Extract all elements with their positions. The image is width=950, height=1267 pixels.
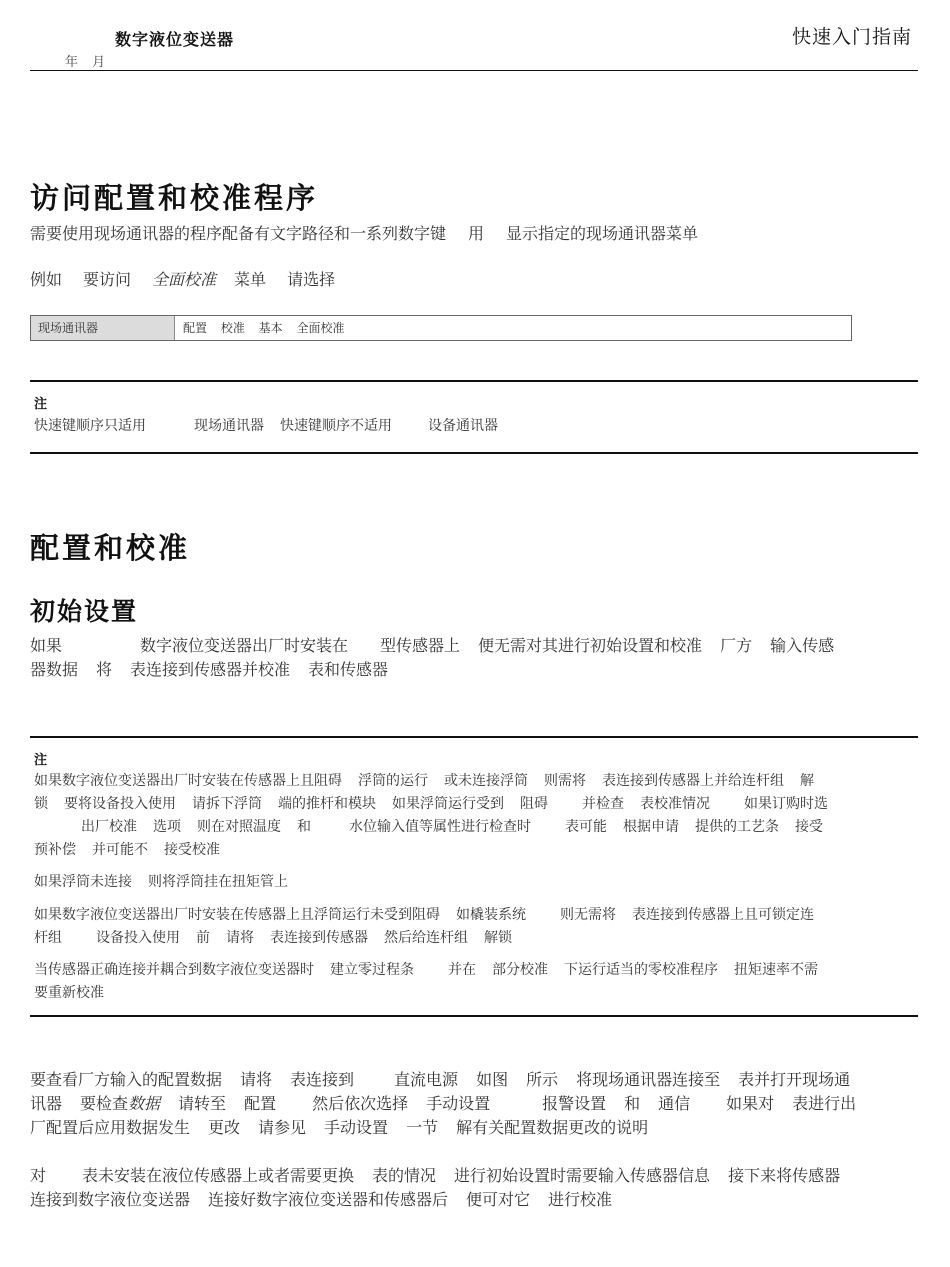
access-intro: 需要使用现场通讯器的程序配备有文字路径和一系列数字键用显示指定的现场通讯器菜单 bbox=[30, 222, 698, 246]
header-product-name: 数字液位变送器 bbox=[115, 27, 234, 50]
text-span: 数字液位变送器出厂时安装在 bbox=[140, 636, 348, 655]
text-span: 解锁 bbox=[484, 930, 512, 946]
access-example: 例如要访问全面校准菜单请选择 bbox=[30, 268, 335, 292]
text-span: 快速键顺序不适用 bbox=[280, 418, 392, 434]
text-span: 输入传感 bbox=[770, 636, 834, 655]
note2-item-3: 如果数字液位变送器出厂时安装在传感器上且浮筒运行未受到阻碍如橇装系统则无需将表连… bbox=[34, 904, 814, 950]
text-span: 建立零过程条 bbox=[330, 962, 414, 978]
note2-label: 注 bbox=[34, 749, 47, 768]
text-span: 部分校准 bbox=[492, 962, 548, 978]
text-span: 表的情况 bbox=[372, 1166, 436, 1185]
header-guide-title: 快速入门指南 bbox=[792, 22, 912, 49]
text-span: 然后给连杆组 bbox=[384, 930, 468, 946]
text-span: 表连接到传感器上并给连杆组 bbox=[602, 773, 784, 789]
text-span: 表连接到传感器并校准 bbox=[130, 660, 290, 679]
text-span: 对 bbox=[30, 1166, 46, 1185]
fast-key-path-table: 现场通讯器 配置 校准 基本 全面校准 bbox=[30, 315, 852, 341]
text-span: 厂方 bbox=[720, 636, 752, 655]
note2-item-4: 当传感器正确连接并耦合到数字液位变送器时建立零过程条并在部分校准下运行适当的零校… bbox=[34, 959, 818, 1005]
text-span: 设备投入使用 bbox=[96, 930, 180, 946]
text-span: 接受校准 bbox=[164, 842, 220, 858]
text-span: 报警设置 bbox=[542, 1094, 606, 1113]
text-span: 表连接到传感器上且可锁定连 bbox=[632, 907, 814, 923]
text-span: 厂配置后应用数据发生 bbox=[30, 1118, 190, 1137]
text-span: 将现场通讯器连接至 bbox=[576, 1070, 720, 1089]
note2-item-1: 如果数字液位变送器出厂时安装在传感器上且阻碍浮筒的运行或未连接浮筒则需将表连接到… bbox=[34, 770, 828, 862]
menu-name-italic: 全面校准 bbox=[152, 270, 216, 289]
text-span: 根据申请 bbox=[623, 819, 679, 835]
text-span: 将 bbox=[96, 660, 112, 679]
text-span: 器数据 bbox=[30, 660, 78, 679]
text-span: 接下来将传感器 bbox=[728, 1166, 840, 1185]
text-span: 讯器 bbox=[30, 1094, 62, 1113]
text-span: 更改 bbox=[208, 1118, 240, 1137]
text-span: 则将浮筒挂在扭矩管上 bbox=[148, 874, 288, 890]
text-span: 要检查 bbox=[80, 1094, 128, 1113]
text-span: 然后依次选择 bbox=[312, 1094, 408, 1113]
text-span: 例如 bbox=[30, 270, 62, 289]
text-span: 型传感器上 bbox=[380, 636, 460, 655]
sensor-replace-para: 对表未安装在液位传感器上或者需要更换表的情况进行初始设置时需要输入传感器信息接下… bbox=[30, 1164, 840, 1212]
text-span: 要查看厂方输入的配置数据 bbox=[30, 1070, 222, 1089]
text-span: 要访问 bbox=[83, 270, 131, 289]
text-span: 如橇装系统 bbox=[456, 907, 526, 923]
text-span: 预补偿 bbox=[34, 842, 76, 858]
data-italic: 数据 bbox=[128, 1094, 160, 1113]
note2-top-rule bbox=[30, 736, 918, 738]
text-span: 请将 bbox=[240, 1070, 272, 1089]
text-span: 便可对它 bbox=[466, 1190, 530, 1209]
text-span: 如果数字液位变送器出厂时安装在传感器上且浮筒运行未受到阻碍 bbox=[34, 907, 440, 923]
text-span: 下运行适当的零校准程序 bbox=[564, 962, 718, 978]
text-span: 表未安装在液位传感器上或者需要更换 bbox=[82, 1166, 354, 1185]
text-span: 阻碍 bbox=[520, 796, 548, 812]
text-span: 选项 bbox=[153, 819, 181, 835]
text-span: 所示 bbox=[526, 1070, 558, 1089]
text-span: 并在 bbox=[448, 962, 476, 978]
text-span: 如果订购时选 bbox=[744, 796, 828, 812]
note-bottom-rule bbox=[30, 452, 918, 454]
text-span: 锁 bbox=[34, 796, 48, 812]
text-span: 浮筒的运行 bbox=[358, 773, 428, 789]
text-span: 进行初始设置时需要输入传感器信息 bbox=[454, 1166, 710, 1185]
text-span: 表连接到传感器 bbox=[270, 930, 368, 946]
text-span: 或未连接浮筒 bbox=[444, 773, 528, 789]
text-span: 表连接到 bbox=[290, 1070, 354, 1089]
text-span: 手动设置 bbox=[324, 1118, 388, 1137]
text-span: 前 bbox=[196, 930, 210, 946]
text-span: 一节 bbox=[406, 1118, 438, 1137]
text-span: 用 bbox=[468, 224, 484, 243]
text-span: 则无需将 bbox=[560, 907, 616, 923]
text-span: 如果浮筒未连接 bbox=[34, 874, 132, 890]
path-table-value: 配置 校准 基本 全面校准 bbox=[175, 316, 344, 340]
text-span: 解 bbox=[800, 773, 814, 789]
text-span: 提供的工艺条 bbox=[695, 819, 779, 835]
text-span: 进行校准 bbox=[548, 1190, 612, 1209]
subsection-title-initial-setup: 初始设置 bbox=[30, 592, 138, 628]
text-span: 解有关配置数据更改的说明 bbox=[456, 1118, 648, 1137]
text-span: 快速键顺序只适用 bbox=[34, 418, 146, 434]
text-span: 则在对照温度 bbox=[197, 819, 281, 835]
text-span: 请转至 bbox=[178, 1094, 226, 1113]
text-span: 请选择 bbox=[287, 270, 335, 289]
text-span: 如果对 bbox=[726, 1094, 774, 1113]
text-span: 如果数字液位变送器出厂时安装在传感器上且阻碍 bbox=[34, 773, 342, 789]
config-data-para: 要查看厂方输入的配置数据请将表连接到直流电源如图所示将现场通讯器连接至表并打开现… bbox=[30, 1068, 856, 1140]
header-date: 年 月 bbox=[65, 51, 105, 70]
initial-setup-para: 如果数字液位变送器出厂时安装在型传感器上便无需对其进行初始设置和校准厂方输入传感… bbox=[30, 634, 834, 682]
text-span: 请将 bbox=[226, 930, 254, 946]
note-text: 快速键顺序只适用现场通讯器快速键顺序不适用设备通讯器 bbox=[34, 415, 498, 438]
section-title-config: 配置和校准 bbox=[30, 526, 190, 567]
text-span: 要将设备投入使用 bbox=[64, 796, 176, 812]
text-span: 通信 bbox=[658, 1094, 690, 1113]
text-span: 请参见 bbox=[258, 1118, 306, 1137]
text-span: 表并打开现场通 bbox=[738, 1070, 850, 1089]
text-span: 需要使用现场通讯器的程序配备有文字路径和一系列数字键 bbox=[30, 224, 446, 243]
text-span: 直流电源 bbox=[394, 1070, 458, 1089]
text-span: 杆组 bbox=[34, 930, 62, 946]
text-span: 出厂校准 bbox=[81, 819, 137, 835]
text-span: 请拆下浮筒 bbox=[192, 796, 262, 812]
text-span: 表校准情况 bbox=[640, 796, 710, 812]
text-span: 端的推杆和模块 bbox=[278, 796, 376, 812]
text-span: 接受 bbox=[795, 819, 823, 835]
text-span: 水位输入值等属性进行检查时 bbox=[349, 819, 531, 835]
text-span: 如果 bbox=[30, 636, 62, 655]
text-span: 连接到数字液位变送器 bbox=[30, 1190, 190, 1209]
text-span: 并检查 bbox=[582, 796, 624, 812]
text-span: 表和传感器 bbox=[308, 660, 388, 679]
text-span: 要重新校准 bbox=[34, 985, 104, 1001]
path-table-label: 现场通讯器 bbox=[31, 316, 175, 340]
text-span: 菜单 bbox=[234, 270, 266, 289]
text-span: 如果浮筒运行受到 bbox=[392, 796, 504, 812]
note-label: 注 bbox=[34, 393, 47, 412]
text-span: 和 bbox=[297, 819, 311, 835]
text-span: 设备通讯器 bbox=[428, 418, 498, 434]
text-span: 并可能不 bbox=[92, 842, 148, 858]
note-top-rule bbox=[30, 380, 918, 382]
note2-bottom-rule bbox=[30, 1015, 918, 1017]
note2-item-2: 如果浮筒未连接则将浮筒挂在扭矩管上 bbox=[34, 871, 288, 894]
text-span: 手动设置 bbox=[426, 1094, 490, 1113]
section-title-access: 访问配置和校准程序 bbox=[30, 176, 318, 217]
text-span: 当传感器正确连接并耦合到数字液位变送器时 bbox=[34, 962, 314, 978]
text-span: 如图 bbox=[476, 1070, 508, 1089]
text-span: 显示指定的现场通讯器菜单 bbox=[506, 224, 698, 243]
text-span: 和 bbox=[624, 1094, 640, 1113]
text-span: 表可能 bbox=[565, 819, 607, 835]
text-span: 便无需对其进行初始设置和校准 bbox=[478, 636, 702, 655]
text-span: 表进行出 bbox=[792, 1094, 856, 1113]
text-span: 扭矩速率不需 bbox=[734, 962, 818, 978]
text-span: 则需将 bbox=[544, 773, 586, 789]
text-span: 连接好数字液位变送器和传感器后 bbox=[208, 1190, 448, 1209]
header-divider bbox=[30, 70, 918, 71]
text-span: 现场通讯器 bbox=[194, 418, 264, 434]
text-span: 配置 bbox=[244, 1094, 276, 1113]
